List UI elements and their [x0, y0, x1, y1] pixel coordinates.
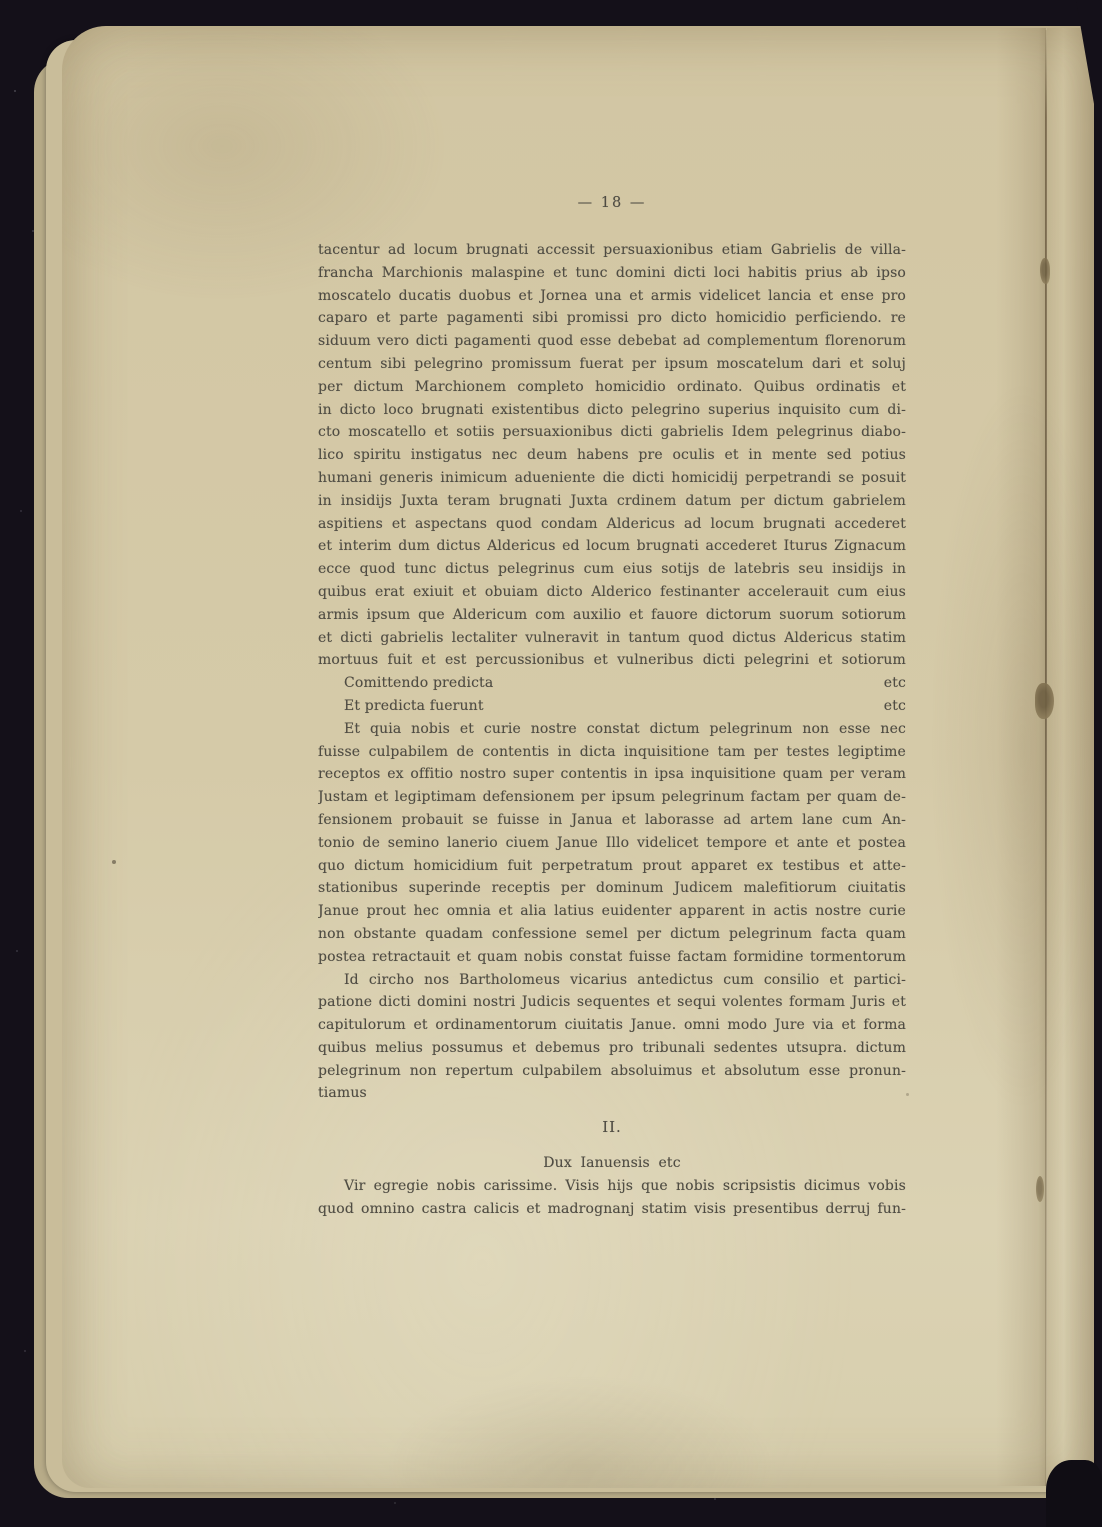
page-number: — 18 — [318, 192, 906, 215]
binding-crease [1045, 30, 1047, 1486]
gutter-shadow-left [996, 28, 1046, 1486]
text-line: postea retractauit et quam nobis constat… [318, 946, 906, 969]
text-line: per dictum Marchionem completo homicidio… [318, 376, 906, 399]
text-line: tacentur ad locum brugnati accessit pers… [318, 239, 906, 262]
text-line: Id circho nos Bartholomeus vicarius ante… [318, 969, 906, 992]
text-line: mortuus fuit et est percussionibus et vu… [318, 649, 906, 672]
formula-line: Et predicta fuerunt etc [318, 695, 906, 718]
text-line: caparo et parte pagamenti sibi promissi … [318, 307, 906, 330]
page-tear-middle [1035, 683, 1054, 719]
text-line: quibus erat exiuit et obuiam dicto Alder… [318, 581, 906, 604]
printed-text-block: — 18 — tacentur ad locum brugnati access… [318, 192, 906, 1220]
gutter-shadow-right [1047, 28, 1094, 1486]
text-line: et interim dum dictus Aldericus ed locum… [318, 535, 906, 558]
text-line: in dicto loco brugnati existentibus dict… [318, 399, 906, 422]
text-line: et dicti gabrielis lectaliter vulneravit… [318, 627, 906, 650]
etc-abbreviation: etc [884, 695, 906, 718]
text-line: moscatelo ducatis duobus et Jornea una e… [318, 285, 906, 308]
text-line: quo dictum homicidium fuit perpetratum p… [318, 855, 906, 878]
paper-speck [906, 1093, 909, 1096]
text-line: Janue prout hec omnia et alia latius eui… [318, 900, 906, 923]
text-line: fuisse culpabilem de contentis in dicta … [318, 741, 906, 764]
text-line: in insidijs Juxta teram brugnati Juxta c… [318, 490, 906, 513]
scanned-book-photo: — 18 — tacentur ad locum brugnati access… [0, 0, 1102, 1527]
section-subheading: Dux Ianuensis etc [318, 1152, 906, 1175]
text-line: stationibus superinde receptis per domin… [318, 877, 906, 900]
text-line: aspitiens et aspectans quod condam Alder… [318, 513, 906, 536]
text-line: receptos ex offitio nostro super content… [318, 763, 906, 786]
formula-label: Comittendo predicta [318, 672, 493, 695]
text-line: lico spiritu instigatus nec deum habens … [318, 444, 906, 467]
text-line: Vir egregie nobis carissime. Visis hijs … [318, 1175, 906, 1198]
text-line: centum sibi pelegrino promissum fuerat p… [318, 353, 906, 376]
text-line: cto moscatello et sotiis persuaxionibus … [318, 421, 906, 444]
background-dust-specks [14, 90, 16, 92]
text-line: quod omnino castra calicis et madrognanj… [318, 1198, 906, 1221]
etc-abbreviation: etc [884, 672, 906, 695]
text-line: Justam et legiptimam defensionem per ips… [318, 786, 906, 809]
text-line: tonio de semino lanerio ciuem Janue Illo… [318, 832, 906, 855]
text-line: fensionem probauit se fuisse in Janua et… [318, 809, 906, 832]
text-line: tiamus [318, 1082, 906, 1105]
text-line: Et quia nobis et curie nostre constat di… [318, 718, 906, 741]
text-line: pelegrinum non repertum culpabilem absol… [318, 1060, 906, 1083]
text-line: siduum vero dicti pagamenti quod esse de… [318, 330, 906, 353]
background-corner-bottom-right [1046, 1460, 1102, 1527]
text-line: francha Marchionis malaspine et tunc dom… [318, 262, 906, 285]
text-line: quibus melius possumus et debemus pro tr… [318, 1037, 906, 1060]
text-line: armis ipsum que Aldericum com auxilio et… [318, 604, 906, 627]
formula-line: Comittendo predicta etc [318, 672, 906, 695]
paper-speck [112, 860, 116, 864]
page-tear-small-top [1040, 258, 1050, 284]
text-line: ecce quod tunc dictus pelegrinus cum eiu… [318, 558, 906, 581]
text-line: humani generis inimicum adueniente die d… [318, 467, 906, 490]
text-line: patione dicti domini nostri Judicis sequ… [318, 991, 906, 1014]
formula-label: Et predicta fuerunt [318, 695, 484, 718]
text-line: capitulorum et ordinamentorum ciuitatis … [318, 1014, 906, 1037]
section-heading: II. [318, 1116, 906, 1139]
page-tear-small-bottom [1036, 1176, 1044, 1202]
text-line: non obstante quadam confessione semel pe… [318, 923, 906, 946]
